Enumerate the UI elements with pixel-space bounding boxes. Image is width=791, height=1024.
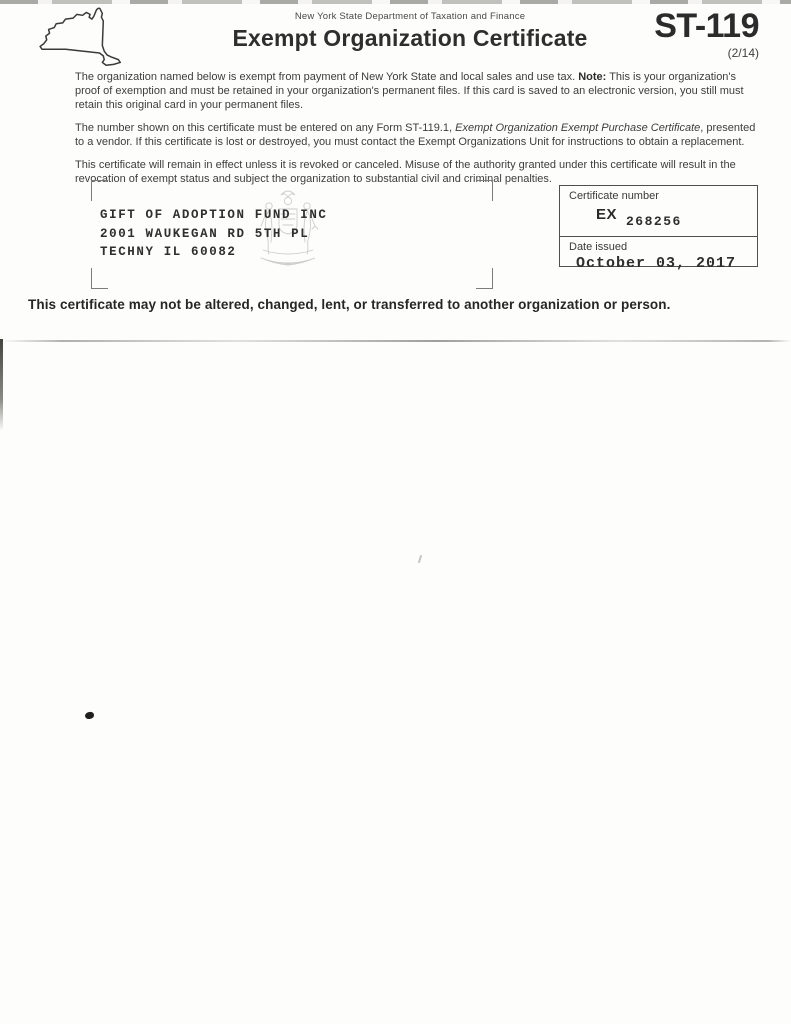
address-line-2: TECHNY IL 60082 <box>100 243 460 262</box>
paragraph-usage: The number shown on this certificate mus… <box>75 121 763 149</box>
document-header: New York State Department of Taxation an… <box>150 11 670 52</box>
paragraph-usage-start: The number shown on this certificate mus… <box>75 122 455 134</box>
organization-address-block: GIFT OF ADOPTION FUND INC 2001 WAUKEGAN … <box>100 206 460 262</box>
form-id-block: ST-119 (2/14) <box>654 8 759 60</box>
page-title: Exempt Organization Certificate <box>150 25 670 52</box>
scan-small-mark <box>418 555 422 563</box>
certificate-number-section: Certificate number EX 268256 <box>560 186 757 237</box>
ny-state-map-icon <box>26 4 124 70</box>
paragraph-exemption: The organization named below is exempt f… <box>75 70 763 112</box>
certificate-number-prefix: EX <box>596 206 617 223</box>
form-number: ST-119 <box>654 8 759 44</box>
intro-paragraphs: The organization named below is exempt f… <box>75 70 763 195</box>
scan-fold-line <box>0 340 791 342</box>
scan-edge-artifact-left <box>0 339 3 431</box>
agency-name: New York State Department of Taxation an… <box>150 11 670 22</box>
paragraph-revocation: This certificate will remain in effect u… <box>75 158 763 186</box>
scanned-document-page: New York State Department of Taxation an… <box>0 0 791 1024</box>
date-issued-label: Date issued <box>569 241 627 253</box>
certificate-number-label: Certificate number <box>569 190 659 202</box>
address-line-1: 2001 WAUKEGAN RD 5TH PL <box>100 225 460 244</box>
note-label: Note: <box>578 71 606 83</box>
card-corner-bracket-top-right <box>476 180 493 201</box>
date-issued-value: October 03, 2017 <box>576 255 736 272</box>
non-transfer-statement: This certificate may not be altered, cha… <box>28 297 768 312</box>
card-corner-bracket-top-left <box>91 180 108 201</box>
referenced-form-title: Exempt Organization Exempt Purchase Cert… <box>455 122 700 134</box>
date-issued-section: Date issued October 03, 2017 <box>560 237 757 266</box>
certificate-number-value: 268256 <box>626 214 682 229</box>
certificate-number-box: Certificate number EX 268256 Date issued… <box>559 185 758 267</box>
card-corner-bracket-bottom-right <box>476 268 493 289</box>
form-revision: (2/14) <box>654 46 759 60</box>
scan-ink-speck <box>85 711 95 719</box>
paragraph-exemption-text: The organization named below is exempt f… <box>75 71 578 83</box>
card-corner-bracket-bottom-left <box>91 268 108 289</box>
organization-name: GIFT OF ADOPTION FUND INC <box>100 206 460 225</box>
